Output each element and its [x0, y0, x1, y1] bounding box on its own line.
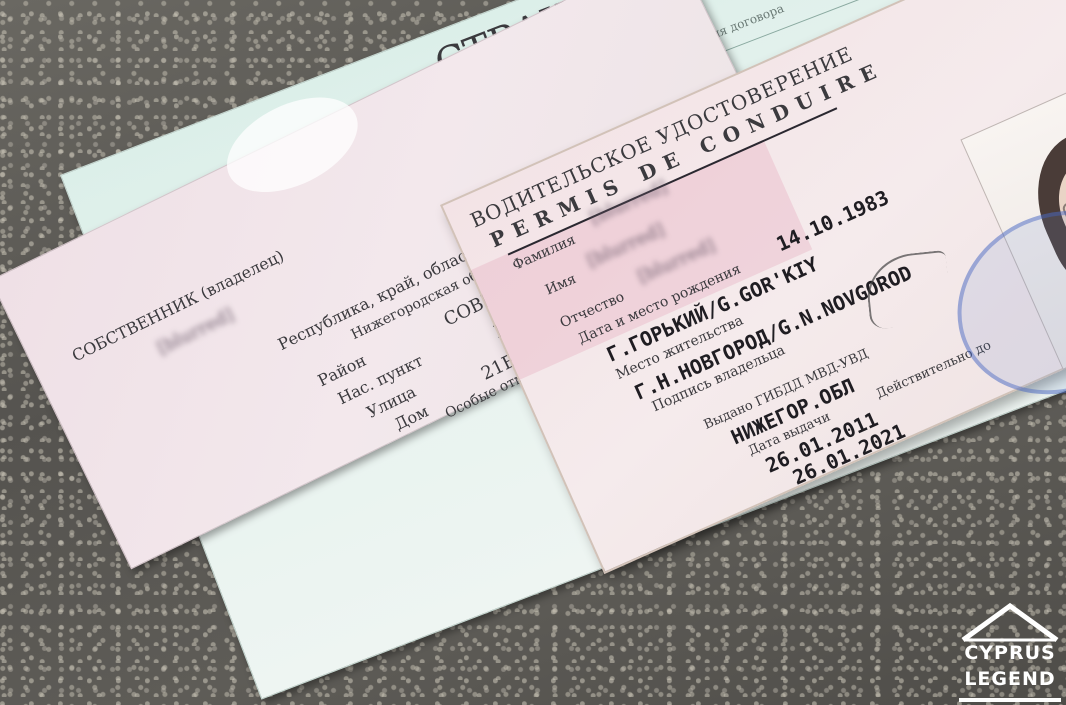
- watermark-line1: CYPRUS: [957, 642, 1063, 664]
- signature-icon: [863, 250, 952, 330]
- region-label: Республика, край, область: [275, 238, 486, 354]
- cyprus-legend-watermark: CYPRUS LEGEND: [955, 600, 1065, 704]
- watermark-line2: LEGEND: [957, 668, 1063, 690]
